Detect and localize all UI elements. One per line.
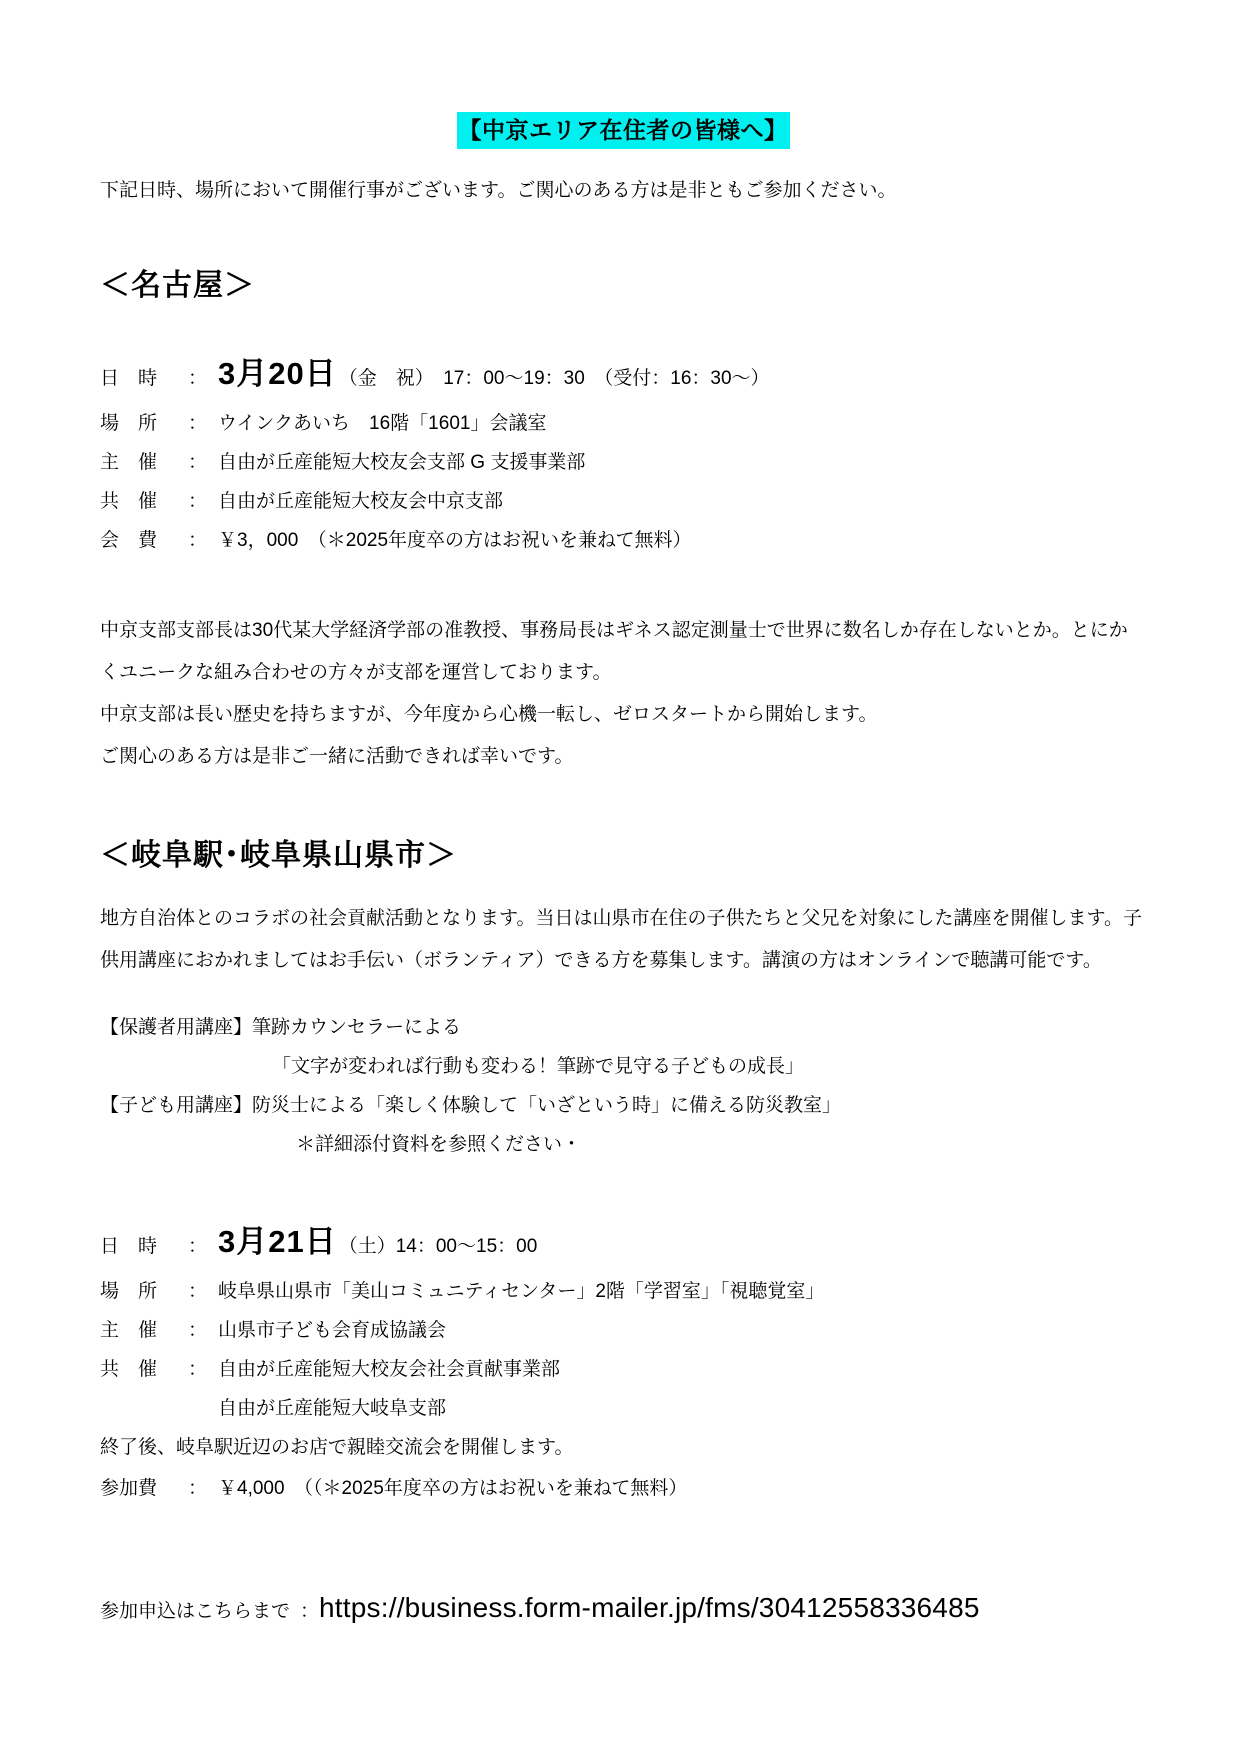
datetime-colon: ： (188, 363, 218, 390)
gifu-lecture-list: 【保護者用講座】筆跡カウンセラーによる 「文字が変われば行動も変わる！筆跡で見守… (100, 1008, 1146, 1164)
cohost-value: 自由が丘産能短大校友会中京支部 (218, 488, 1146, 515)
nagoya-description-line: 中京支部支部長は30代某大学経済学部の准教授、事務局長はギネス認定測量士で世界に… (100, 610, 1146, 694)
fee-value: ￥4,000 （（＊2025年度卒の方はお祝いを兼ねて無料） (218, 1473, 687, 1500)
gifu-after-note: 終了後、岐阜駅近辺のお店で親睦交流会を開催します。 (100, 1434, 1146, 1461)
lecture-line-children: 【子ども用講座】防災士による「楽しく体験して「いざという時」に備える防災教室」 (100, 1086, 1146, 1125)
organizer-label: 主 催 (100, 1317, 188, 1344)
venue-value: ウインクあいち 16階「1601」会議室 (218, 410, 1146, 437)
nagoya-datetime-row: 日 時 ： 3月20日 （金 祝） 17：00～19：30 （受付：16：30～… (100, 348, 1146, 393)
venue-colon: ： (188, 1278, 218, 1305)
gifu-fee-row: 参加費 ： ￥4,000 （（＊2025年度卒の方はお祝いを兼ねて無料） (100, 1473, 1146, 1500)
section-heading-gifu: ＜岐阜駅･岐阜県山県市＞ (100, 830, 1146, 874)
lecture-line-parents: 【保護者用講座】筆跡カウンセラーによる (100, 1008, 1146, 1047)
nagoya-description: 中京支部支部長は30代某大学経済学部の准教授、事務局長はギネス認定測量士で世界に… (100, 610, 1146, 778)
venue-colon: ： (188, 410, 218, 437)
fee-label: 参加費 (100, 1473, 188, 1500)
cohost-label: 共 催 (100, 1356, 188, 1383)
gifu-cohost-continued: 自由が丘産能短大岐阜支部 (100, 1395, 1146, 1422)
organizer-colon: ： (188, 449, 218, 476)
gifu-cohost-row: 共 催 ： 自由が丘産能短大校友会社会貢献事業部 (100, 1356, 1146, 1383)
nagoya-venue-row: 場 所 ： ウインクあいち 16階「1601」会議室 (100, 410, 1146, 437)
cohost-label: 共 催 (100, 488, 188, 515)
fee-label: 会 費 (100, 527, 188, 554)
venue-value: 岐阜県山県市「美山コミュニティセンター」2階「学習室」「視聴覚室」 (218, 1278, 1146, 1305)
document-page: 【中京エリア在住者の皆様へ】 下記日時、場所において開催行事がございます。ご関心… (0, 0, 1241, 1755)
lecture-line-note: ＊詳細添付資料を参照ください・ (100, 1125, 1146, 1164)
page-title: 【中京エリア在住者の皆様へ】 (100, 112, 1146, 145)
page-title-highlight: 【中京エリア在住者の皆様へ】 (457, 112, 790, 149)
cohost-colon: ： (188, 1356, 218, 1383)
cohost-value: 自由が丘産能短大校友会社会貢献事業部 (218, 1356, 1146, 1383)
application-label: 参加申込はこちらまで (100, 1596, 290, 1623)
application-row: 参加申込はこちらまで ： https://business.form-maile… (100, 1592, 1146, 1624)
fee-colon: ： (188, 1473, 218, 1500)
nagoya-description-line: ご関心のある方は是非ご一緒に活動できれば幸いです。 (100, 736, 1146, 778)
organizer-label: 主 催 (100, 449, 188, 476)
organizer-value: 自由が丘産能短大校友会支部 G 支援事業部 (218, 449, 1146, 476)
datetime-label: 日 時 (100, 363, 188, 390)
application-url[interactable]: https://business.form-mailer.jp/fms/3041… (319, 1592, 980, 1624)
gifu-event-date: 3月21日 (218, 1216, 337, 1261)
venue-label: 場 所 (100, 410, 188, 437)
datetime-colon: ： (188, 1231, 218, 1258)
fee-colon: ： (188, 527, 218, 554)
gifu-venue-row: 場 所 ： 岐阜県山県市「美山コミュニティセンター」2階「学習室」「視聴覚室」 (100, 1278, 1146, 1305)
gifu-intro-text: 地方自治体とのコラボの社会貢献活動となります。当日は山県市在住の子供たちと父兄を… (100, 898, 1146, 982)
nagoya-event-date: 3月20日 (218, 348, 337, 393)
datetime-label: 日 時 (100, 1231, 188, 1258)
venue-label: 場 所 (100, 1278, 188, 1305)
organizer-colon: ： (188, 1317, 218, 1344)
fee-value: ￥3，000 （＊2025年度卒の方はお祝いを兼ねて無料） (218, 527, 1146, 554)
nagoya-cohost-row: 共 催 ： 自由が丘産能短大校友会中京支部 (100, 488, 1146, 515)
cohost-colon: ： (188, 488, 218, 515)
section-heading-nagoya: ＜名古屋＞ (100, 260, 1146, 304)
nagoya-description-line: 中京支部は長い歴史を持ちますが、今年度から心機一転し、ゼロスタートから開始します… (100, 694, 1146, 736)
nagoya-organizer-row: 主 催 ： 自由が丘産能短大校友会支部 G 支援事業部 (100, 449, 1146, 476)
organizer-value: 山県市子ども会育成協議会 (218, 1317, 1146, 1344)
gifu-event-time: （土）14：00～15：00 (339, 1231, 538, 1258)
lecture-line-parents-title: 「文字が変われば行動も変わる！筆跡で見守る子どもの成長」 (100, 1047, 1146, 1086)
nagoya-event-time: （金 祝） 17：00～19：30 （受付：16：30～） (339, 363, 770, 390)
gifu-organizer-row: 主 催 ： 山県市子ども会育成協議会 (100, 1317, 1146, 1344)
gifu-datetime-row: 日 時 ： 3月21日 （土）14：00～15：00 (100, 1216, 1146, 1261)
application-colon: ： (300, 1596, 319, 1623)
nagoya-fee-row: 会 費 ： ￥3，000 （＊2025年度卒の方はお祝いを兼ねて無料） (100, 527, 1146, 554)
intro-text: 下記日時、場所において開催行事がございます。ご関心のある方は是非ともご参加くださ… (100, 177, 1146, 204)
